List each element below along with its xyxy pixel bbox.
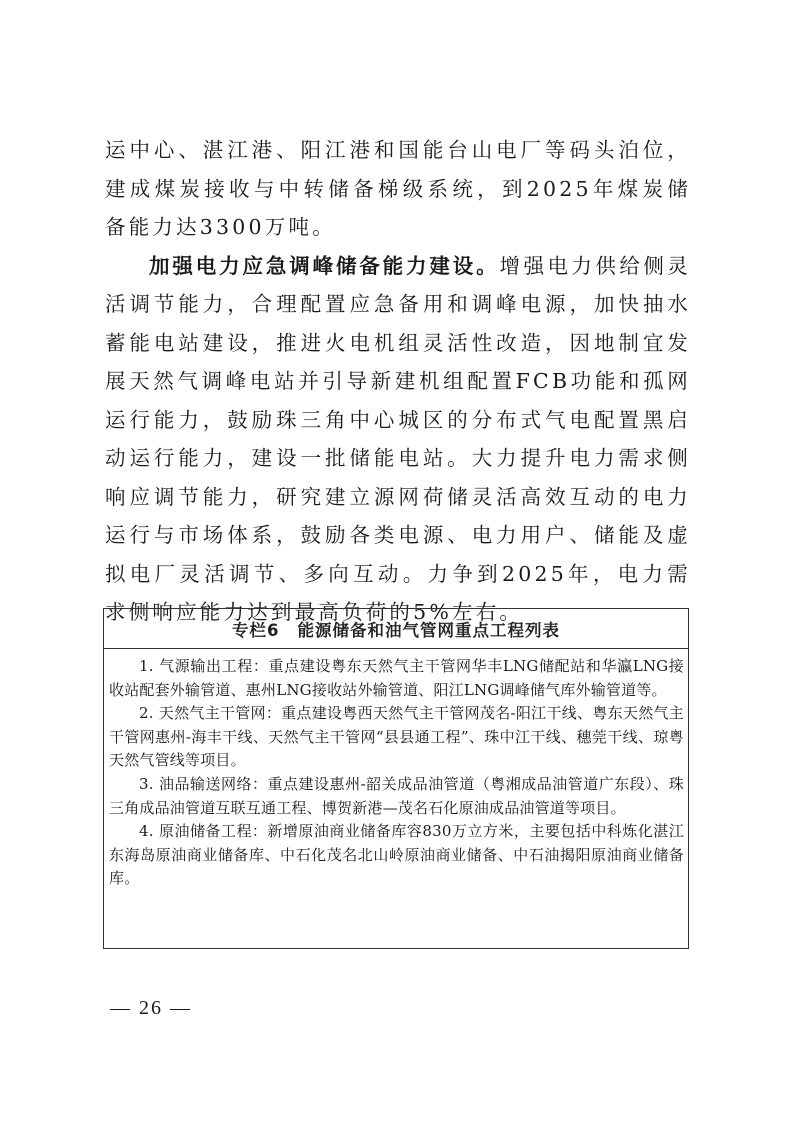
project-list-box: 专栏6 能源储备和油气管网重点工程列表 1. 气源输出工程：重点建设粤东天然气主… bbox=[103, 608, 689, 949]
box-body: 1. 气源输出工程：重点建设粤东天然气主干管网华丰LNG储配站和华瀛LNG接收站… bbox=[104, 649, 688, 891]
box-item-gas-source: 1. 气源输出工程：重点建设粤东天然气主干管网华丰LNG储配站和华瀛LNG接收站… bbox=[109, 655, 684, 702]
box-label: 专栏6 bbox=[232, 617, 279, 641]
box-item-oil-transport-network: 3. 油品输送网络：重点建设惠州-韶关成品油管道（粤湘成品油管道广东段）、珠三角… bbox=[109, 773, 684, 820]
paragraph-power-reserve: 加强电力应急调峰储备能力建设。增强电力供给侧灵活调节能力，合理配置应急备用和调峰… bbox=[105, 247, 691, 632]
paragraph-lead-heading: 加强电力应急调峰储备能力建设。 bbox=[149, 254, 500, 278]
box-item-gas-trunk-network: 2. 天然气主干管网：重点建设粤西天然气主干管网茂名-阳江干线、粤东天然气主干管… bbox=[109, 702, 684, 773]
paragraph-text: 运中心、湛江港、阳江港和国能台山电厂等码头泊位，建成煤炭接收与中转储备梯级系统，… bbox=[105, 138, 691, 239]
paragraph-coal-storage: 运中心、湛江港、阳江港和国能台山电厂等码头泊位，建成煤炭接收与中转储备梯级系统，… bbox=[105, 131, 691, 247]
document-page: 运中心、湛江港、阳江港和国能台山电厂等码头泊位，建成煤炭接收与中转储备梯级系统，… bbox=[0, 0, 794, 1123]
box-title: 能源储备和油气管网重点工程列表 bbox=[297, 617, 560, 641]
box-item-crude-oil-storage: 4. 原油储备工程：新增原油商业储备库容830万立方米，主要包括中科炼化湛江东海… bbox=[109, 820, 684, 891]
page-number: — 26 — bbox=[110, 997, 192, 1020]
paragraph-text: 增强电力供给侧灵活调节能力，合理配置应急备用和调峰电源，加快抽水蓄能电站建设，推… bbox=[105, 254, 691, 625]
box-header: 专栏6 能源储备和油气管网重点工程列表 bbox=[104, 609, 688, 649]
body-text: 运中心、湛江港、阳江港和国能台山电厂等码头泊位，建成煤炭接收与中转储备梯级系统，… bbox=[105, 131, 691, 632]
